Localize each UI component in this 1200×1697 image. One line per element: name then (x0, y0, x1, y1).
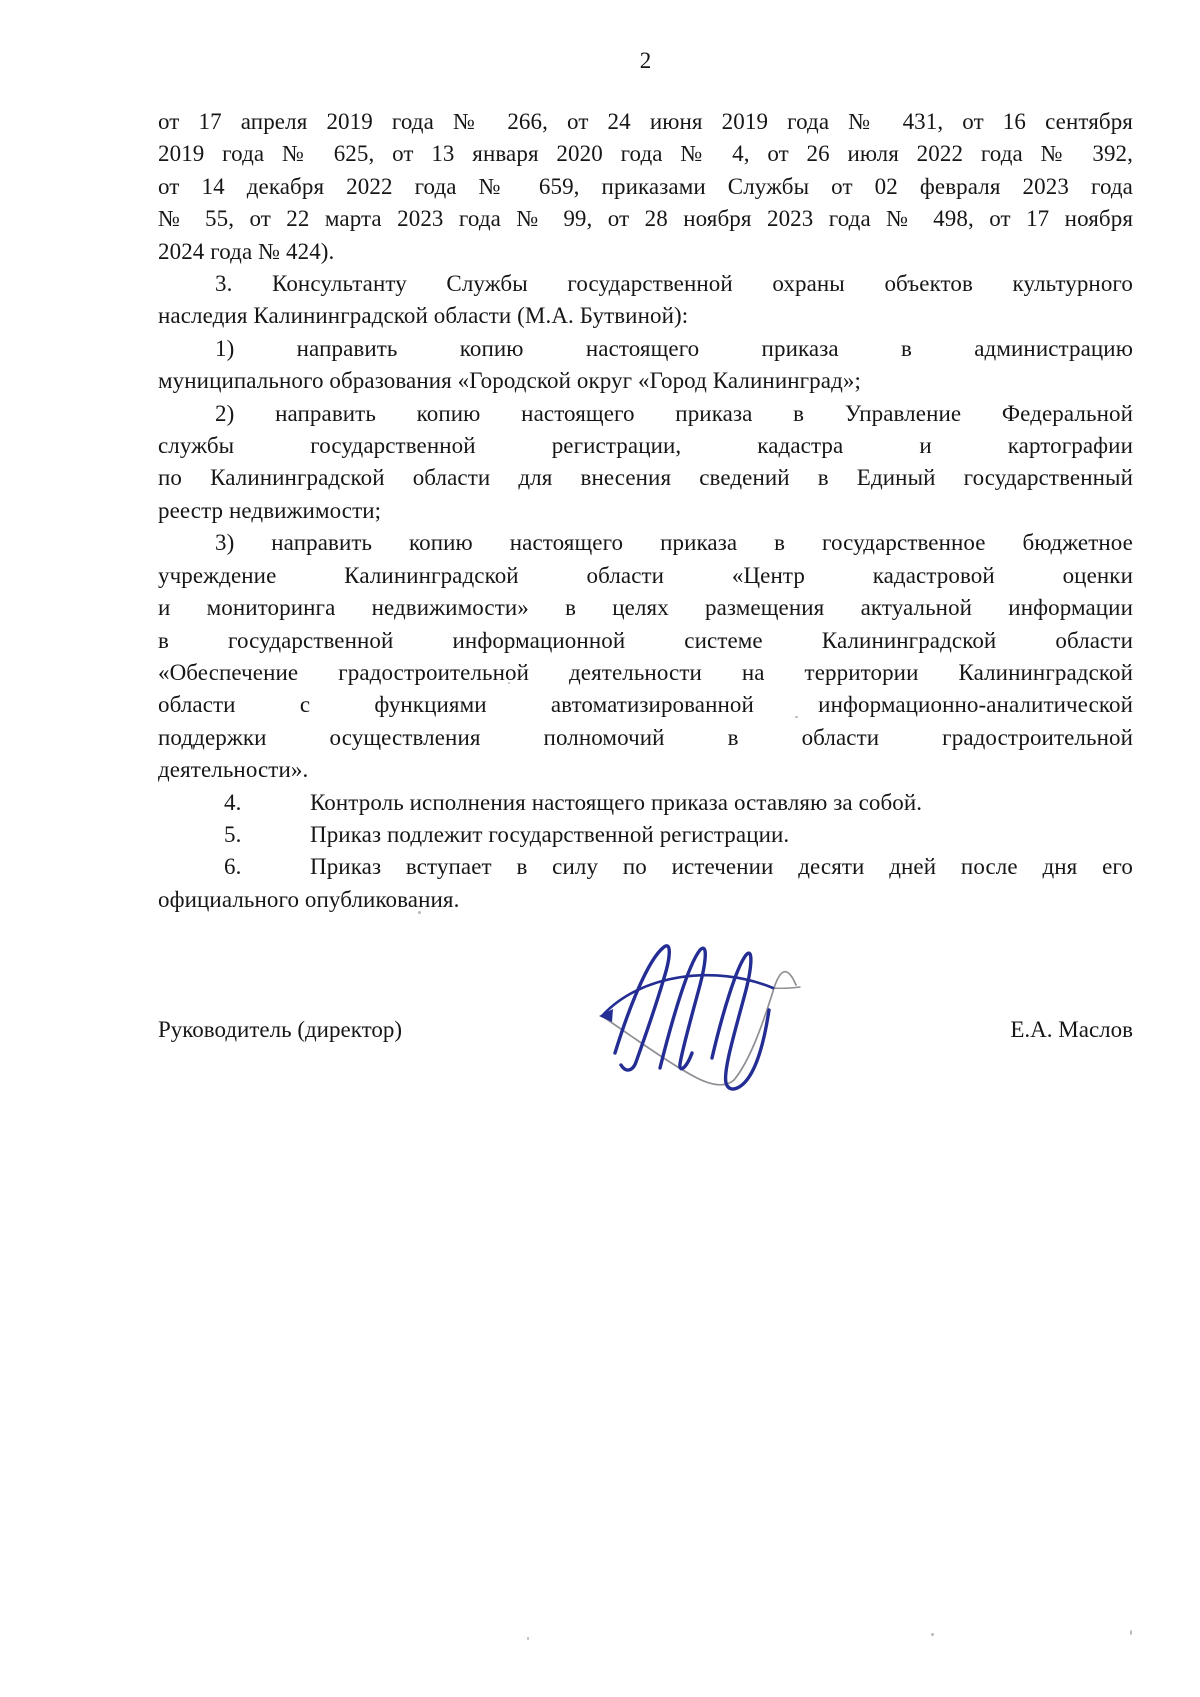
line-text: Приказ подлежит государственной регистра… (310, 822, 789, 847)
text-line: в государственной информационной системе… (158, 625, 1133, 657)
text-line: наследия Калининградской области (М.А. Б… (158, 300, 1133, 332)
text-line: учреждение Калининградской области «Цент… (158, 560, 1133, 592)
text-line: от 17 апреля 2019 года № 266, от 24 июня… (158, 106, 1133, 138)
line-text: «Обеспечение градостроительной деятельно… (158, 660, 1133, 685)
text-line: 4.Контроль исполнения настоящего приказа… (158, 787, 1133, 819)
line-text: № 55, от 22 марта 2023 года № 99, от 28 … (158, 206, 1133, 231)
line-text: поддержки осуществления полномочий в обл… (158, 725, 1133, 750)
line-text: 3) направить копию настоящего приказа в … (215, 530, 1133, 555)
text-line: службы государственной регистрации, када… (158, 430, 1133, 462)
line-text: наследия Калининградской области (М.А. Б… (158, 303, 688, 328)
signature-row: Руководитель (директор) Е.А. Маслов (158, 1014, 1133, 1046)
document-body: от 17 апреля 2019 года № 266, от 24 июня… (158, 106, 1133, 916)
line-text: реестр недвижимости; (158, 498, 381, 523)
text-line: и мониторинга недвижимости» в целях разм… (158, 592, 1133, 624)
text-line: поддержки осуществления полномочий в обл… (158, 722, 1133, 754)
line-text: в государственной информационной системе… (158, 628, 1133, 653)
line-text: 1) направить копию настоящего приказа в … (215, 336, 1133, 361)
line-text: от 14 декабря 2022 года № 659, приказами… (158, 174, 1133, 199)
list-number: 6. (224, 851, 310, 883)
line-text: Приказ вступает в силу по истечении деся… (310, 854, 1133, 879)
line-text: Контроль исполнения настоящего приказа о… (310, 790, 922, 815)
text-line: 3) направить копию настоящего приказа в … (158, 527, 1133, 559)
scan-speck (508, 682, 510, 684)
text-line: деятельности». (158, 754, 1133, 786)
text-line: официального опубликования. (158, 884, 1133, 916)
scan-speck (418, 911, 421, 914)
text-line: муниципального образования «Городской ок… (158, 365, 1133, 397)
line-text: 2019 года № 625, от 13 января 2020 года … (158, 141, 1133, 166)
scan-speck (795, 716, 798, 718)
text-line: по Калининградской области для внесения … (158, 462, 1133, 494)
handwritten-signature-icon (585, 922, 805, 1094)
line-text: муниципального образования «Городской ок… (158, 368, 861, 393)
line-text: по Калининградской области для внесения … (158, 465, 1133, 490)
list-number: 5. (224, 819, 310, 851)
line-text: 2) направить копию настоящего приказа в … (215, 401, 1133, 426)
line-text: службы государственной регистрации, када… (158, 433, 1133, 458)
scan-speck (1130, 1630, 1132, 1635)
text-line: 1) направить копию настоящего приказа в … (158, 333, 1133, 365)
line-text: 3. Консультанту Службы государственной о… (215, 271, 1133, 296)
scan-speck (931, 1633, 934, 1636)
line-text: от 17 апреля 2019 года № 266, от 24 июня… (158, 109, 1133, 134)
line-text: 2024 года № 424). (158, 239, 334, 264)
scan-speck (527, 1637, 529, 1640)
text-line: 5.Приказ подлежит государственной регист… (158, 819, 1133, 851)
text-line: 2024 года № 424). (158, 236, 1133, 268)
text-line: № 55, от 22 марта 2023 года № 99, от 28 … (158, 203, 1133, 235)
text-line: 3. Консультанту Службы государственной о… (158, 268, 1133, 300)
line-text: и мониторинга недвижимости» в целях разм… (158, 595, 1133, 620)
line-text: области с функциями автоматизированной и… (158, 692, 1133, 717)
line-text: официального опубликования. (158, 887, 459, 912)
signatory-title: Руководитель (директор) (158, 1014, 402, 1046)
page-number: 2 (158, 45, 1133, 77)
line-text: учреждение Калининградской области «Цент… (158, 563, 1133, 588)
text-line: 2) направить копию настоящего приказа в … (158, 398, 1133, 430)
text-line: от 14 декабря 2022 года № 659, приказами… (158, 171, 1133, 203)
line-text: деятельности». (158, 757, 308, 782)
document-page: 2 от 17 апреля 2019 года № 266, от 24 ию… (0, 0, 1200, 1697)
text-line: 2019 года № 625, от 13 января 2020 года … (158, 138, 1133, 170)
text-line: «Обеспечение градостроительной деятельно… (158, 657, 1133, 689)
text-line: реестр недвижимости; (158, 495, 1133, 527)
text-line: области с функциями автоматизированной и… (158, 689, 1133, 721)
signatory-name: Е.А. Маслов (1010, 1014, 1133, 1046)
list-number: 4. (224, 787, 310, 819)
text-line: 6.Приказ вступает в силу по истечении де… (158, 851, 1133, 883)
